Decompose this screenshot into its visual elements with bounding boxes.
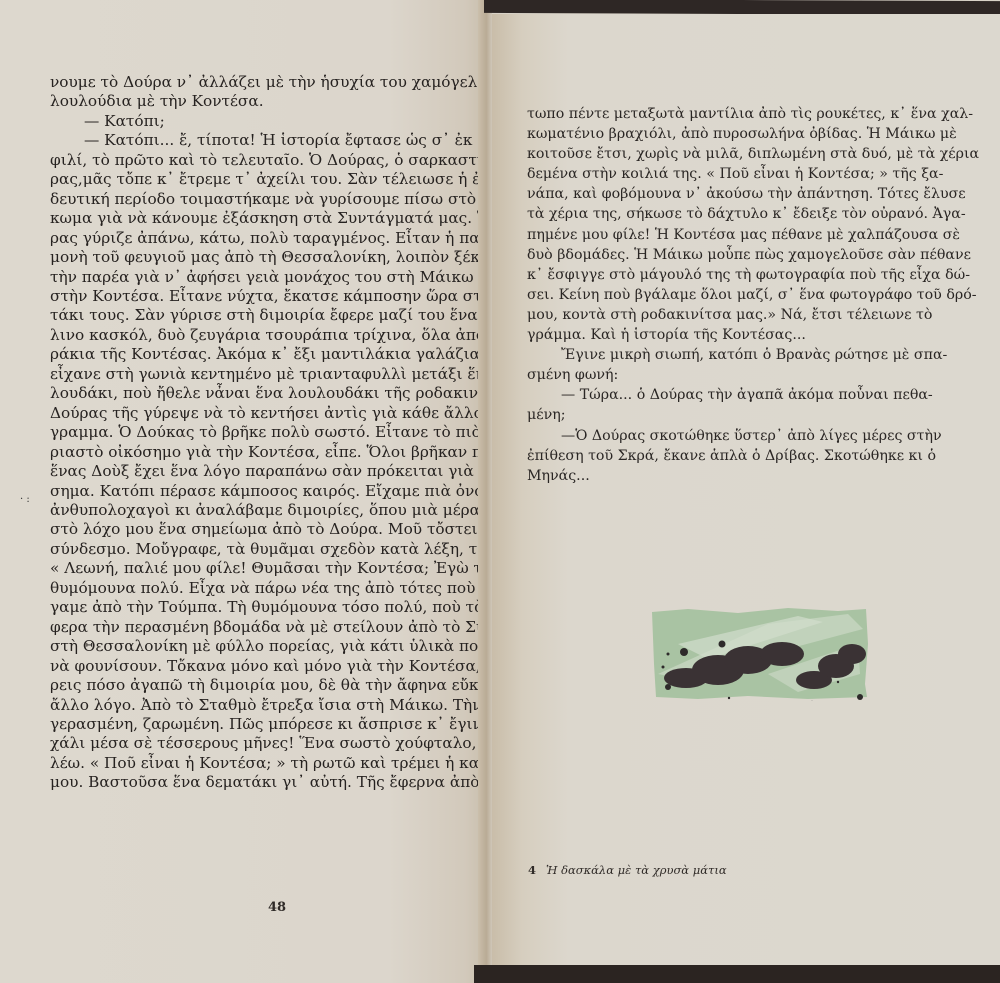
text-line: Μηνάς... — [527, 466, 982, 486]
text-line: ἕνας Δοὺξ ἔχει ἕνα λόγο παραπάνω σὰν πρό… — [50, 462, 490, 481]
page-number: 48 — [268, 900, 286, 915]
text-line: γραμμα. Ὁ Δούκας τὸ βρῆκε πολὺ σωστό. Εἶ… — [50, 423, 490, 442]
text-line: « Λεωνή, παλιέ μου φίλε! Θυμᾶσαι τὴν Κον… — [50, 559, 490, 578]
text-line: ρεις πόσο ἀγαπῶ τὴ διμοιρία μου, δὲ θὰ τ… — [50, 676, 490, 695]
caption-text: Ἡ δασκάλα μὲ τὰ χρυσὰ μάτια — [546, 863, 727, 877]
text-line: μένη; — [527, 405, 982, 425]
stylized-clouds-illustration-icon — [648, 604, 870, 701]
text-line: τὴν παρέα γιὰ ν᾽ ἀφήσει γειὰ μονάχος του… — [50, 268, 490, 287]
text-line: — Κατόπι; — [50, 112, 490, 131]
text-line: ἀνθυπολοχαγοὶ κι ἀναλάβαμε διμοιρίες, ὅπ… — [50, 501, 490, 520]
text-line: μου. Βαστοῦσα ἕνα δεματάκι γι᾽ αὐτή. Τῆς… — [50, 773, 490, 792]
text-line: νουμε τὸ Δούρα ν᾽ ἀλλάζει μὲ τὴν ἡσυχία … — [50, 73, 490, 92]
text-line: Δούρας τῆς γύρεψε νὰ τὸ κεντήσει ἀντὶς γ… — [50, 404, 490, 423]
text-line: στὴν Κοντέσα. Εἶτανε νύχτα, ἔκατσε κάμπο… — [50, 287, 490, 306]
text-line: ἄλλο λόγο. Ἀπὸ τὸ Σταθμὸ ἔτρεξα ἴσια στὴ… — [50, 696, 490, 715]
text-line: σμένη φωνή: — [527, 365, 982, 385]
text-line: φερα τὴν περασμένη βδομάδα νὰ μὲ στείλου… — [50, 618, 490, 637]
text-line: — Τώρα... ὁ Δούρας τὴν ἀγαπᾶ ἀκόμα ποὖνα… — [527, 385, 982, 405]
text-line: εἶχανε στὴ γωνιὰ κεντημένο μὲ τριανταφυλ… — [50, 365, 490, 384]
text-line: πημένε μου φίλε! Ἡ Κοντέσα μας πέθανε μὲ… — [527, 225, 982, 245]
text-line: λουδάκι, ποὺ ἤθελε νἆναι ἕνα λουλουδάκι … — [50, 384, 490, 403]
book-gutter — [478, 0, 492, 983]
text-line: θυμόμουνα πολύ. Εἶχα νὰ πάρω νέα της ἀπὸ… — [50, 579, 490, 598]
text-line: γράμμα. Καὶ ἡ ἱστορία τῆς Κοντέσας... — [527, 325, 982, 345]
text-line: ἐπίθεση τοῦ Σκρά, ἔκανε ἁπλὰ ὁ Δρίβας. Σ… — [527, 446, 982, 466]
text-line: κωματένιο βραχιόλι, ἀπὸ πυροσωλήνα ὀβίδα… — [527, 124, 982, 144]
text-line: κοιτοῦσε ἔτσι, χωρὶς νὰ μιλᾶ, διπλωμένη … — [527, 144, 982, 164]
text-line: μου, κοντὰ στὴ ροδακινίτσα μας.» Νά, ἔτσ… — [527, 305, 982, 325]
text-line: ρας,μᾶς τὄπε κ᾽ ἔτρεμε τ᾽ ἀχείλι του. Σὰ… — [50, 170, 490, 189]
illustration-caption: 4Ἡ δασκάλα μὲ τὰ χρυσὰ μάτια — [528, 863, 727, 877]
text-line: χάλι μέσα σὲ τέσσερους μῆνες! Ἕνα σωστὸ … — [50, 734, 490, 753]
text-line: τωπο πέντε μεταξωτὰ μαντίλια ἀπὸ τὶς ρου… — [527, 104, 982, 124]
text-line: τὰ χέρια της, σήκωσε τὸ δάχτυλο κ᾽ ἔδειξ… — [527, 204, 982, 224]
text-line: δυὸ βδομάδες. Ἡ Μάικω μοὖπε πὼς χαμογελο… — [527, 245, 982, 265]
text-line: σημα. Κατόπι πέρασε κάμποσος καιρός. Εἴχ… — [50, 482, 490, 501]
left-page-body: νουμε τὸ Δούρα ν᾽ ἀλλάζει μὲ τὴν ἡσυχία … — [50, 73, 490, 793]
text-line: Ἔγινε μικρὴ σιωπή, κατόπι ὁ Βρανὰς ρώτησ… — [527, 345, 982, 365]
margin-marks: · : — [20, 496, 30, 504]
text-line: γερασμένη, ζαρωμένη. Πῶς μπόρεσε κι ἄσπρ… — [50, 715, 490, 734]
text-line: σει. Κείνη ποὺ βγάλαμε ὅλοι μαζί, σ᾽ ἕνα… — [527, 285, 982, 305]
text-line: ριαστὸ οἰκόσημο γιὰ τὴν Κοντέσα, εἶπε. Ὅ… — [50, 443, 490, 462]
text-line: μονὴ τοῦ φευγιοῦ μας ἀπὸ τὴ Θεσσαλονίκη,… — [50, 248, 490, 267]
text-line: ράκια τῆς Κοντέσας. Ἀκόμα κ᾽ ἔξι μαντιλά… — [50, 345, 490, 364]
text-line: στὸ λόχο μου ἕνα σημείωμα ἀπὸ τὸ Δούρα. … — [50, 520, 490, 539]
text-line: — Κατόπι... ἔ, τίποτα! Ἡ ἱστορία ἔφτασε … — [50, 131, 490, 150]
text-line: νάπα, καὶ φοβόμουνα ν᾽ ἀκούσω τὴν ἀπάντη… — [527, 184, 982, 204]
text-line: κ᾽ ἔσφιγγε στὸ μάγουλό της τὴ φωτογραφία… — [527, 265, 982, 285]
text-line: δεμένα στὴν κοιλιά της. « Ποῦ εἶναι ἡ Κο… — [527, 164, 982, 184]
text-line: νὰ φουνίσουν. Τὄκανα μόνο καὶ μόνο γιὰ τ… — [50, 657, 490, 676]
text-line: δευτική περίοδο τοιμαστήκαμε νὰ γυρίσουμ… — [50, 190, 490, 209]
open-book-spread: · : νουμε τὸ Δούρα ν᾽ ἀλλάζει μὲ τὴν ἡσυ… — [0, 0, 1000, 983]
book-cover-edge-bottom — [474, 965, 1000, 983]
text-line: φιλί, τὸ πρῶτο καὶ τὸ τελευταῖο. Ὁ Δούρα… — [50, 151, 490, 170]
text-line: σύνδεσμο. Μοὔγραφε, τὰ θυμᾶμαι σχεδὸν κα… — [50, 540, 490, 559]
caption-number: 4 — [528, 863, 536, 877]
text-line: —Ὁ Δούρας σκοτώθηκε ὕστερ᾽ ἀπὸ λίγες μέρ… — [527, 426, 982, 446]
right-page-body: τωπο πέντε μεταξωτὰ μαντίλια ἀπὸ τὶς ρου… — [527, 104, 982, 486]
text-line: ρας γύριζε ἀπάνω, κάτω, πολὺ ταραγμένος.… — [50, 229, 490, 248]
left-page: · : νουμε τὸ Δούρα ν᾽ ἀλλάζει μὲ τὴν ἡσυ… — [0, 0, 485, 983]
text-line: τάκι τους. Σὰν γύρισε στὴ διμοιρία ἔφερε… — [50, 306, 490, 325]
text-line: κωμα γιὰ νὰ κάνουμε ἐξάσκηση στὰ Συντάγμ… — [50, 209, 490, 228]
book-cover-edge-top — [484, 0, 1000, 15]
text-line: λέω. « Ποῦ εἶναι ἡ Κοντέσα; » τὴ ρωτῶ κα… — [50, 754, 490, 773]
text-line: λουλούδια μὲ τὴν Κοντέσα. — [50, 92, 490, 111]
text-line: λινο κασκόλ, δυὸ ζευγάρια τσουράπια τρίχ… — [50, 326, 490, 345]
text-line: στὴ Θεσσαλονίκη μὲ φύλλο πορείας, γιὰ κά… — [50, 637, 490, 656]
text-line: γαμε ἀπὸ τὴν Τούμπα. Τὴ θυμόμουνα τόσο π… — [50, 598, 490, 617]
